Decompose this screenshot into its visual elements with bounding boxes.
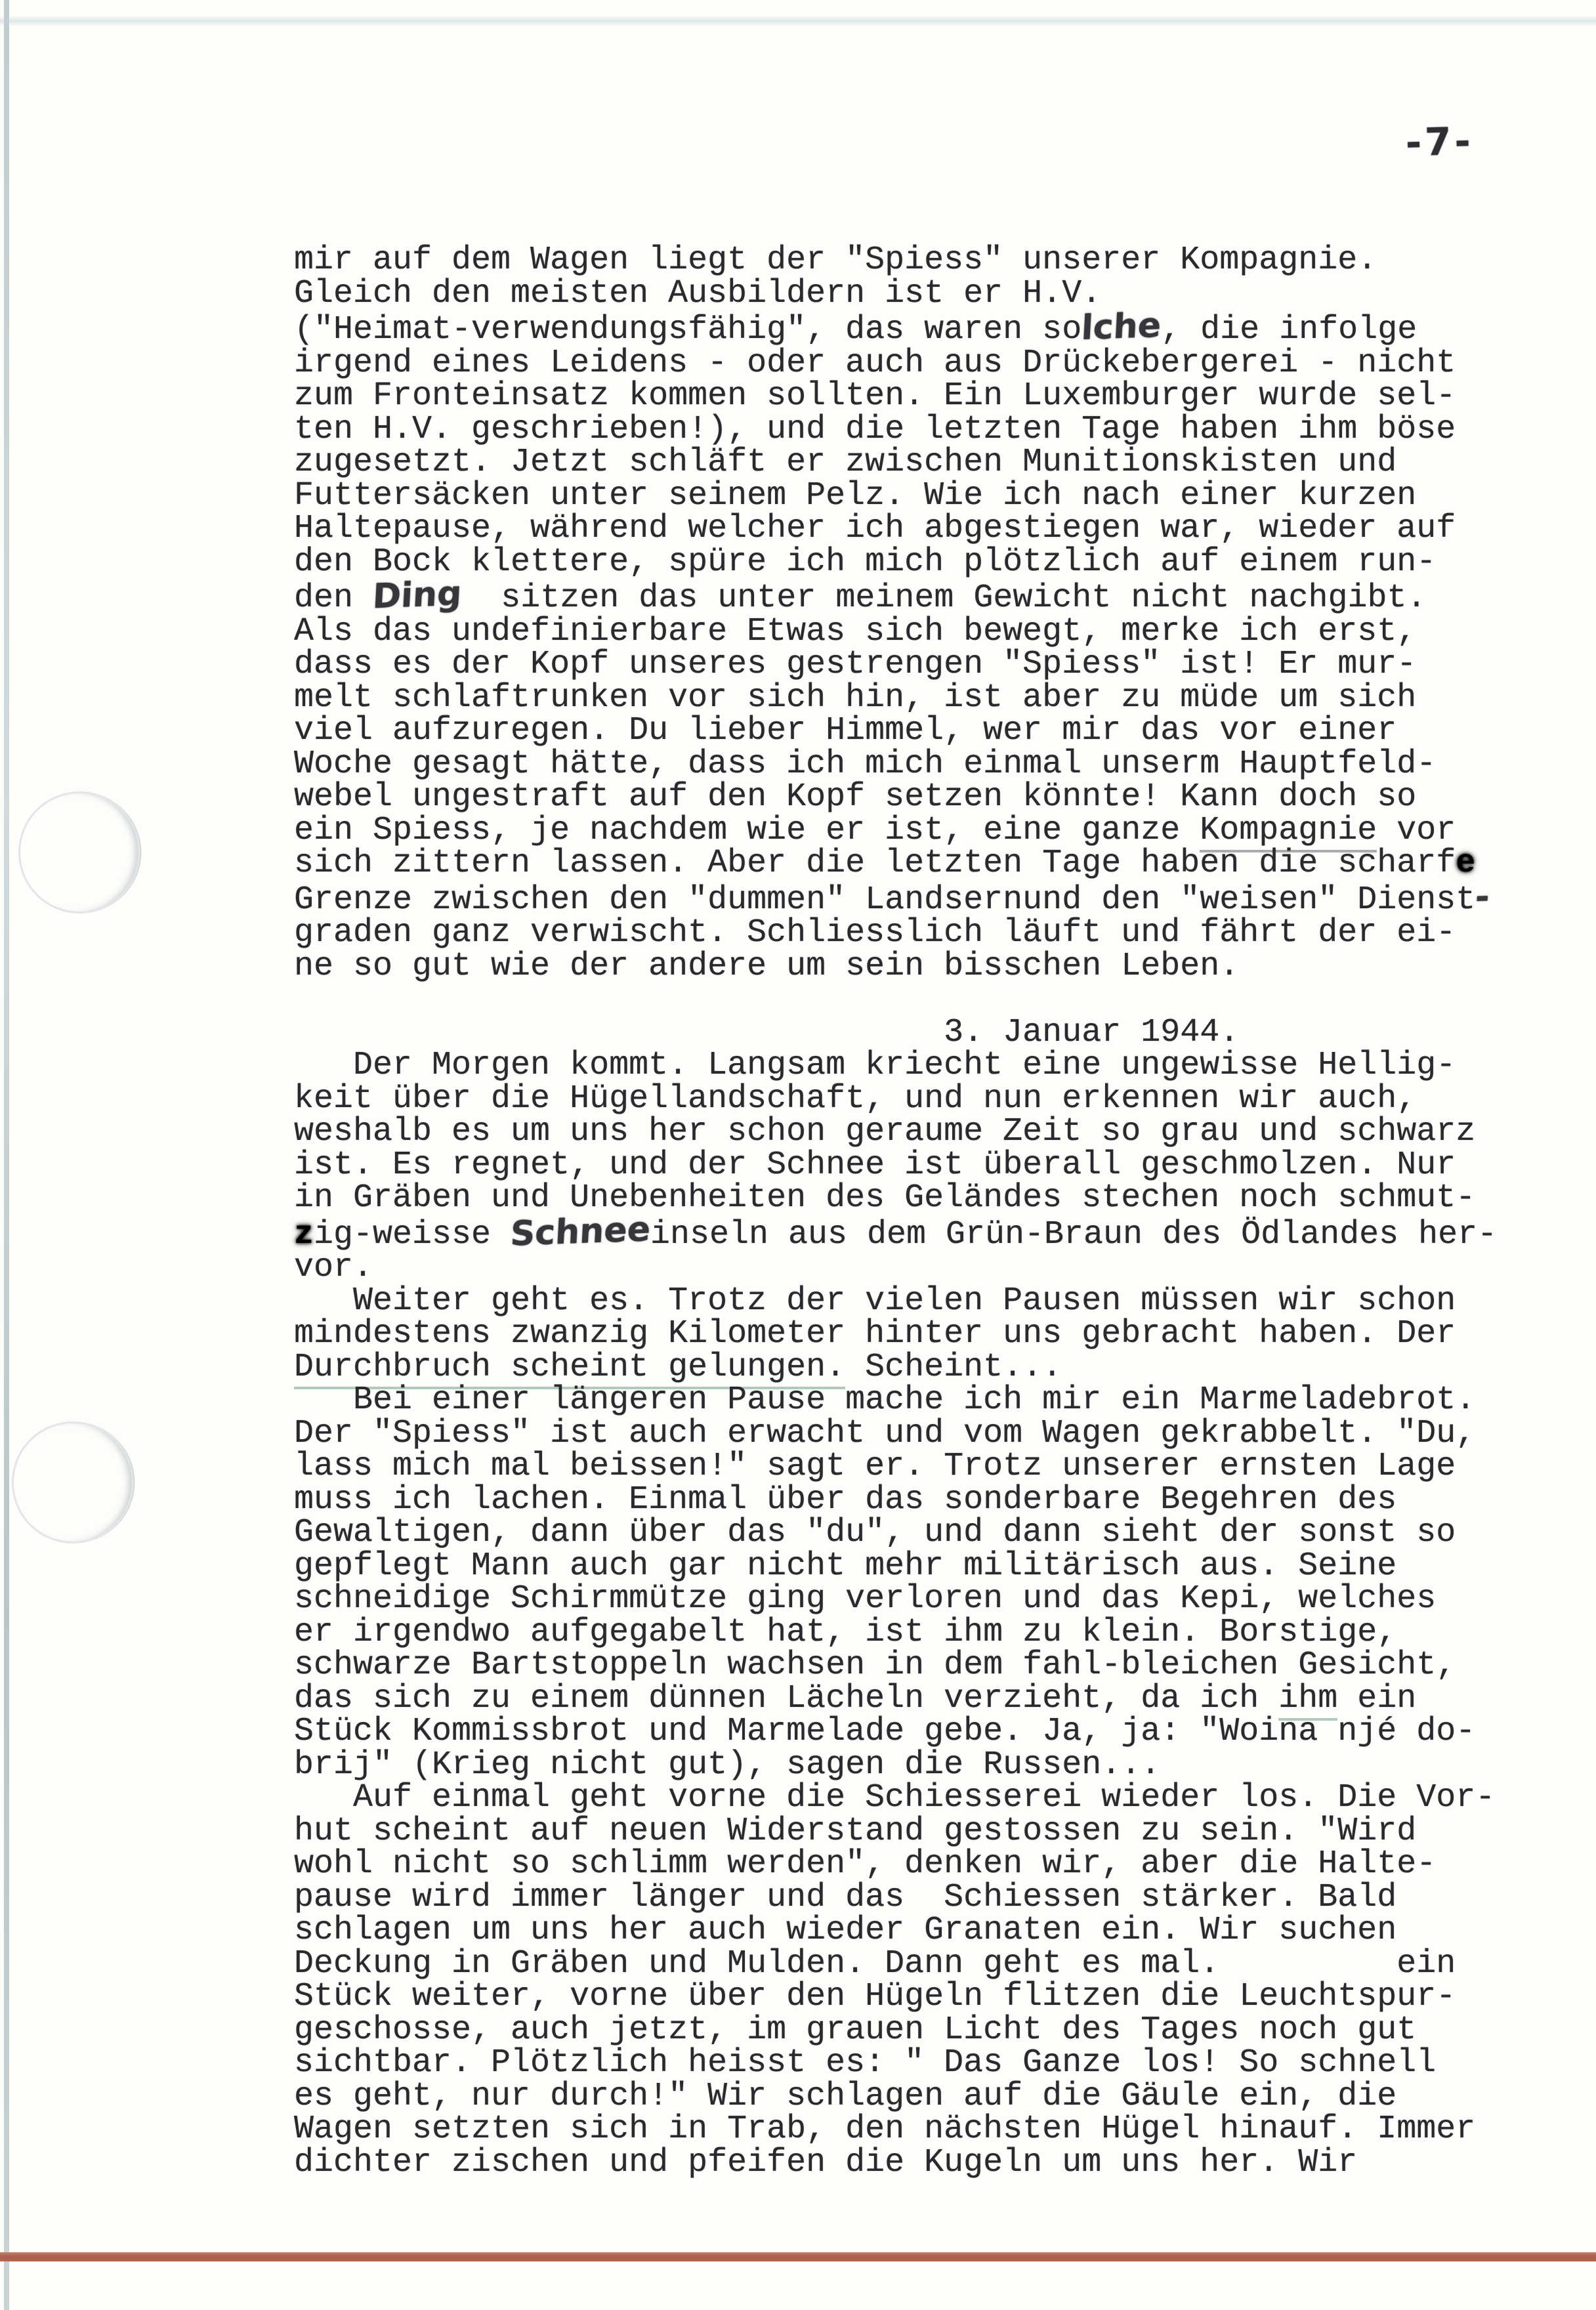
text-line: es geht, nur durch!" Wir schlagen auf di…: [294, 2080, 1541, 2114]
text-line: 3. Januar 1944.: [294, 1017, 1541, 1050]
text-line: schneidige Schirmmütze ging verloren und…: [294, 1583, 1541, 1616]
text-line: Der Morgen kommt. Langsam kriecht eine u…: [294, 1049, 1541, 1083]
hole-punch-mark-bottom: [12, 1421, 134, 1543]
top-scan-band: [0, 16, 1596, 26]
text-line: mindestens zwanzig Kilometer hinter uns …: [294, 1318, 1541, 1351]
text-line: hut scheint auf neuen Widerstand gestoss…: [294, 1815, 1541, 1849]
text-line: Gewaltigen, dann über das "du", und dann…: [294, 1517, 1541, 1550]
text-line: den Ding sitzen das unter meinem Gewicht…: [294, 579, 1541, 616]
text-line: Wagen setzten sich in Trab, den nächsten…: [294, 2113, 1541, 2147]
text-line: weshalb es um uns her schon geraume Zeit…: [294, 1116, 1541, 1149]
text-block: mir auf dem Wagen liegt der "Spiess" uns…: [294, 244, 1541, 2179]
date-heading-block: 3. Januar 1944.: [294, 983, 1541, 1049]
text-line: den Bock klettere, spüre ich mich plötzl…: [294, 546, 1541, 579]
text-line: zugesetzt. Jetzt schläft er zwischen Mun…: [294, 446, 1541, 480]
text-line: Durchbruch scheint gelungen. Scheint...: [294, 1351, 1541, 1385]
text-line: geschosse, auch jetzt, im grauen Licht d…: [294, 2014, 1541, 2047]
text-line: Woche gesagt hätte, dass ich mich einmal…: [294, 748, 1541, 782]
text-line: webel ungestraft auf den Kopf setzen kön…: [294, 781, 1541, 814]
text-line: Deckung in Gräben und Mulden. Dann geht …: [294, 1948, 1541, 1981]
text-line: ein Spiess, je nachdem wie er ist, eine …: [294, 814, 1541, 848]
text-line: zum Fronteinsatz kommen sollten. Ein Lux…: [294, 380, 1541, 413]
text-line: vor.: [294, 1251, 1541, 1285]
text-line: ne so gut wie der andere um sein bissche…: [294, 950, 1541, 984]
text-line: graden ganz verwischt. Schliesslich läuf…: [294, 917, 1541, 950]
text-line: dichter zischen und pfeifen die Kugeln u…: [294, 2147, 1541, 2180]
text-line: Futtersäcken unter seinem Pelz. Wie ich …: [294, 480, 1541, 513]
document-page: -7- mir auf dem Wagen liegt der "Spiess"…: [0, 0, 1596, 2310]
text-line: schlagen um uns her auch wieder Granaten…: [294, 1914, 1541, 1948]
text-line: schwarze Bartstoppeln wachsen in dem fah…: [294, 1649, 1541, 1683]
paragraph-firefight: Auf einmal geht vorne die Schiesserei wi…: [294, 1782, 1541, 2179]
text-line: pause wird immer länger und das Schiesse…: [294, 1881, 1541, 1915]
bottom-margin-rule: [0, 2252, 1596, 2261]
text-line: ist. Es regnet, und der Schnee ist übera…: [294, 1149, 1541, 1183]
text-line: sichtbar. Plötzlich heisst es: " Das Gan…: [294, 2047, 1541, 2080]
text-line: wohl nicht so schlimm werden", denken wi…: [294, 1848, 1541, 1881]
text-line: lass mich mal beissen!" sagt er. Trotz u…: [294, 1450, 1541, 1484]
page-number: -7-: [1405, 119, 1474, 165]
text-line: Auf einmal geht vorne die Schiesserei wi…: [294, 1782, 1541, 1815]
paragraph-opening-continuation: mir auf dem Wagen liegt der "Spiess" uns…: [294, 244, 1541, 983]
text-line: sich zittern lassen. Aber die letzten Ta…: [294, 847, 1541, 881]
text-line: Als das undefinierbare Etwas sich bewegt…: [294, 616, 1541, 649]
text-line: irgend eines Leidens - oder auch aus Drü…: [294, 347, 1541, 381]
text-line: in Gräben und Unebenheiten des Geländes …: [294, 1182, 1541, 1215]
scan-edge-line: [4, 0, 9, 2310]
paragraph-march-progress: Weiter geht es. Trotz der vielen Pausen …: [294, 1285, 1541, 1385]
text-line: brij" (Krieg nicht gut), sagen die Russe…: [294, 1749, 1541, 1782]
paragraph-morning: Der Morgen kommt. Langsam kriecht eine u…: [294, 1049, 1541, 1285]
text-line: [294, 983, 1541, 1017]
hole-punch-mark-top: [18, 791, 140, 913]
text-line: keit über die Hügellandschaft, und nun e…: [294, 1083, 1541, 1116]
text-line: muss ich lachen. Einmal über das sonderb…: [294, 1484, 1541, 1517]
text-line: Grenze zwischen den "dummen" Landsernund…: [294, 881, 1541, 917]
text-line: Bei einer längeren Pause mache ich mir e…: [294, 1384, 1541, 1417]
paragraph-marmalade-break: Bei einer längeren Pause mache ich mir e…: [294, 1384, 1541, 1782]
text-line: Stück Kommissbrot und Marmelade gebe. Ja…: [294, 1715, 1541, 1749]
text-line: Der "Spiess" ist auch erwacht und vom Wa…: [294, 1417, 1541, 1451]
text-line: Gleich den meisten Ausbildern ist er H.V…: [294, 278, 1541, 311]
text-line: mir auf dem Wagen liegt der "Spiess" uns…: [294, 244, 1541, 278]
text-line: dass es der Kopf unseres gestrengen "Spi…: [294, 648, 1541, 682]
text-line: melt schlaftrunken vor sich hin, ist abe…: [294, 682, 1541, 715]
text-line: das sich zu einem dünnen Lächeln verzieh…: [294, 1683, 1541, 1716]
text-line: viel aufzuregen. Du lieber Himmel, wer m…: [294, 715, 1541, 748]
text-line: gepflegt Mann auch gar nicht mehr militä…: [294, 1550, 1541, 1584]
text-line: Stück weiter, vorne über den Hügeln flit…: [294, 1981, 1541, 2014]
text-line: ("Heimat-verwendungsfähig", das waren so…: [294, 310, 1541, 347]
text-line: er irgendwo aufgegabelt hat, ist ihm zu …: [294, 1616, 1541, 1650]
text-line: Weiter geht es. Trotz der vielen Pausen …: [294, 1285, 1541, 1318]
text-line: zig-weisse Schneeinseln aus dem Grün-Bra…: [294, 1215, 1541, 1252]
text-line: Haltepause, während welcher ich abgestie…: [294, 513, 1541, 546]
text-line: ten H.V. geschrieben!), und die letzten …: [294, 413, 1541, 447]
